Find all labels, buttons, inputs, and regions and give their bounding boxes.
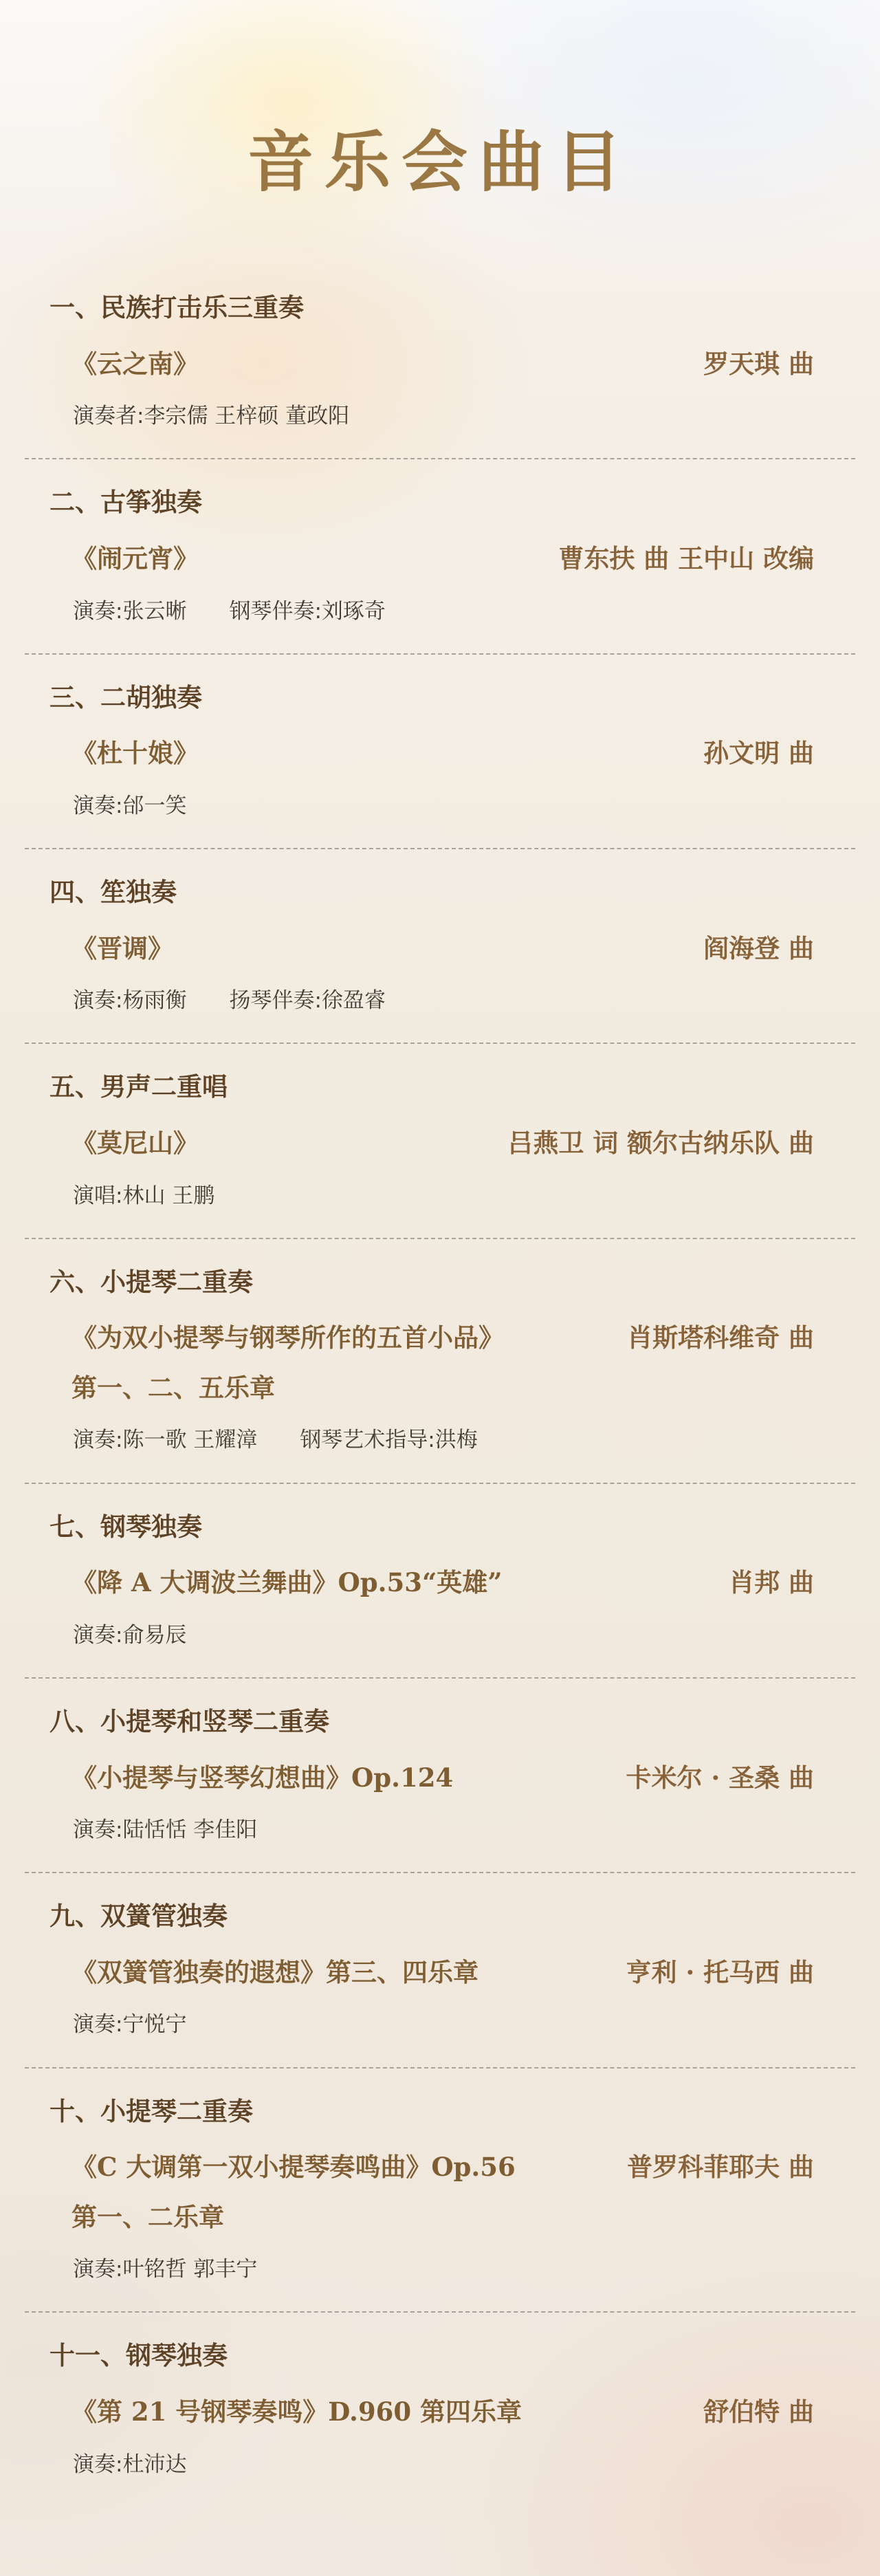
program-item: 十、小提琴二重奏《C 大调第一双小提琴奏鸣曲》Op.56普罗科菲耶夫 曲第一、二… bbox=[0, 2069, 880, 2282]
performers-line: 演奏:陆恬恬 李佳阳 bbox=[73, 1818, 814, 1842]
program-item: 十一、钢琴独奏《第 21 号钢琴奏鸣》D.960 第四乐章舒伯特 曲演奏:杜沛达 bbox=[0, 2313, 880, 2476]
song-title-row: 《第 21 号钢琴奏鸣》D.960 第四乐章舒伯特 曲 bbox=[71, 2397, 814, 2427]
item-heading: 六、小提琴二重奏 bbox=[49, 1268, 813, 1296]
song-title-row: 《降 A 大调波兰舞曲》Op.53“英雄”肖邦 曲 bbox=[71, 1568, 814, 1597]
composer-credit: 亨利 · 托马西 曲 bbox=[626, 1958, 814, 1987]
song-title: 《小提琴与竖琴幻想曲》Op.124 bbox=[71, 1763, 453, 1793]
song-title-row: 《杜十娘》孙文明 曲 bbox=[71, 739, 814, 768]
song-title: 《第 21 号钢琴奏鸣》D.960 第四乐章 bbox=[71, 2397, 522, 2427]
program-item: 五、男声二重唱《莫尼山》吕燕卫 词 额尔古纳乐队 曲演唱:林山 王鹏 bbox=[0, 1044, 880, 1207]
song-title: 《云之南》 bbox=[71, 349, 199, 379]
composer-credit: 孙文明 曲 bbox=[703, 739, 814, 768]
item-heading: 三、二胡独奏 bbox=[49, 684, 813, 712]
song-title: 《杜十娘》 bbox=[71, 739, 199, 768]
song-title: 《莫尼山》 bbox=[71, 1128, 199, 1158]
program-item: 四、笙独奏《晋调》阎海登 曲演奏:杨雨衡 扬琴伴奏:徐盈睿 bbox=[0, 849, 880, 1012]
program-item: 八、小提琴和竖琴二重奏《小提琴与竖琴幻想曲》Op.124卡米尔 · 圣桑 曲演奏… bbox=[0, 1679, 880, 1842]
song-title: 《降 A 大调波兰舞曲》Op.53“英雄” bbox=[71, 1568, 503, 1597]
program-list: 一、民族打击乐三重奏《云之南》罗天琪 曲演奏者:李宗儒 王梓硕 董政阳二、古筝独… bbox=[0, 265, 880, 2476]
performers-line: 演奏:邰一笑 bbox=[73, 794, 814, 818]
item-heading: 八、小提琴和竖琴二重奏 bbox=[49, 1707, 813, 1736]
item-heading: 四、笙独奏 bbox=[49, 878, 813, 906]
concert-program-page: 音乐会曲目 一、民族打击乐三重奏《云之南》罗天琪 曲演奏者:李宗儒 王梓硕 董政… bbox=[0, 0, 880, 2576]
performers-line: 演奏:杜沛达 bbox=[73, 2453, 814, 2476]
program-item: 一、民族打击乐三重奏《云之南》罗天琪 曲演奏者:李宗儒 王梓硕 董政阳 bbox=[0, 265, 880, 428]
composer-credit: 罗天琪 曲 bbox=[703, 349, 814, 379]
performers-line: 演奏:陈一歌 王耀漳 钢琴艺术指导:洪梅 bbox=[73, 1428, 814, 1452]
performers-line: 演奏:张云晰 钢琴伴奏:刘琢奇 bbox=[73, 600, 814, 623]
song-title-row: 《闹元宵》曹东扶 曲 王中山 改编 bbox=[71, 544, 814, 574]
program-item: 七、钢琴独奏《降 A 大调波兰舞曲》Op.53“英雄”肖邦 曲演奏:俞易辰 bbox=[0, 1484, 880, 1647]
item-heading: 十一、钢琴独奏 bbox=[49, 2342, 813, 2370]
song-title-line2: 第一、二、五乐章 bbox=[71, 1373, 814, 1403]
composer-credit: 肖斯塔科维奇 曲 bbox=[627, 1323, 814, 1353]
song-title: 《晋调》 bbox=[71, 934, 173, 963]
composer-credit: 吕燕卫 词 额尔古纳乐队 曲 bbox=[507, 1128, 814, 1158]
composer-credit: 阎海登 曲 bbox=[703, 934, 814, 963]
song-title-row: 《晋调》阎海登 曲 bbox=[71, 934, 814, 963]
composer-credit: 卡米尔 · 圣桑 曲 bbox=[626, 1763, 814, 1793]
program-item: 二、古筝独奏《闹元宵》曹东扶 曲 王中山 改编演奏:张云晰 钢琴伴奏:刘琢奇 bbox=[0, 459, 880, 622]
composer-credit: 肖邦 曲 bbox=[729, 1568, 814, 1597]
song-title: 《双簧管独奏的遐想》第三、四乐章 bbox=[71, 1958, 478, 1987]
song-title-row: 《小提琴与竖琴幻想曲》Op.124卡米尔 · 圣桑 曲 bbox=[71, 1763, 814, 1793]
program-item: 三、二胡独奏《杜十娘》孙文明 曲演奏:邰一笑 bbox=[0, 655, 880, 818]
song-title-row: 《莫尼山》吕燕卫 词 额尔古纳乐队 曲 bbox=[71, 1128, 814, 1158]
song-title-row: 《双簧管独奏的遐想》第三、四乐章亨利 · 托马西 曲 bbox=[71, 1958, 814, 1987]
item-heading: 十、小提琴二重奏 bbox=[49, 2097, 813, 2126]
song-title: 《C 大调第一双小提琴奏鸣曲》Op.56 bbox=[71, 2152, 516, 2182]
performers-line: 演奏:叶铭哲 郭丰宁 bbox=[73, 2258, 814, 2281]
item-heading: 九、双簧管独奏 bbox=[49, 1902, 813, 1930]
song-title-row: 《为双小提琴与钢琴所作的五首小品》肖斯塔科维奇 曲 bbox=[71, 1323, 814, 1353]
item-heading: 二、古筝独奏 bbox=[49, 488, 813, 516]
song-title-line2: 第一、二乐章 bbox=[71, 2203, 814, 2232]
performers-line: 演奏:宁悦宁 bbox=[73, 2013, 814, 2036]
composer-credit: 普罗科菲耶夫 曲 bbox=[627, 2152, 814, 2182]
item-heading: 一、民族打击乐三重奏 bbox=[49, 294, 813, 322]
performers-line: 演奏者:李宗儒 王梓硕 董政阳 bbox=[73, 404, 814, 428]
program-item: 九、双簧管独奏《双簧管独奏的遐想》第三、四乐章亨利 · 托马西 曲演奏:宁悦宁 bbox=[0, 1873, 880, 2036]
composer-credit: 舒伯特 曲 bbox=[703, 2397, 814, 2427]
item-heading: 五、男声二重唱 bbox=[49, 1073, 813, 1101]
page-title: 音乐会曲目 bbox=[0, 0, 880, 204]
performers-line: 演奏:杨雨衡 扬琴伴奏:徐盈睿 bbox=[73, 989, 814, 1012]
composer-credit: 曹东扶 曲 王中山 改编 bbox=[558, 544, 814, 574]
performers-line: 演唱:林山 王鹏 bbox=[73, 1184, 814, 1208]
song-title-row: 《云之南》罗天琪 曲 bbox=[71, 349, 814, 379]
program-item: 六、小提琴二重奏《为双小提琴与钢琴所作的五首小品》肖斯塔科维奇 曲第一、二、五乐… bbox=[0, 1239, 880, 1452]
performers-line: 演奏:俞易辰 bbox=[73, 1624, 814, 1647]
item-heading: 七、钢琴独奏 bbox=[49, 1513, 813, 1541]
song-title: 《为双小提琴与钢琴所作的五首小品》 bbox=[71, 1323, 504, 1353]
song-title-row: 《C 大调第一双小提琴奏鸣曲》Op.56普罗科菲耶夫 曲 bbox=[71, 2152, 814, 2182]
song-title: 《闹元宵》 bbox=[71, 544, 199, 574]
